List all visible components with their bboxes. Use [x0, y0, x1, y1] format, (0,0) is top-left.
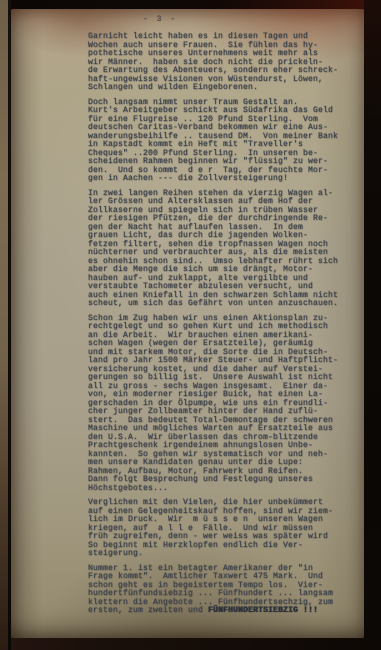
paragraph-action-plan: Schon im Zug haben wir uns einen Aktions… [88, 315, 356, 494]
typewriter-text-block: Garnicht leicht haben es in diesen Tagen… [88, 33, 356, 622]
paragraph-money-sources: Doch langsam nimmt unser Traum Gestalt a… [88, 99, 356, 184]
paragraph-auction-yard: In zwei langen Reihen stehen da vierzig … [88, 190, 356, 309]
document-page: - 3 - Garnicht leicht haben es in diesen… [11, 9, 364, 638]
scan-edge-left-binding [0, 0, 11, 650]
paragraph-bidding: Nummer 1. ist ein betagter Amerikaner de… [88, 565, 356, 616]
scan-edge-bottom [0, 637, 381, 650]
page-number: - 3 - [143, 15, 177, 24]
paragraph-women-worries: Garnicht leicht haben es in diesen Tagen… [88, 33, 356, 93]
scanned-document-photo: - 3 - Garnicht leicht haben es in diesen… [0, 0, 381, 650]
paragraph-pressure: Verglichen mit den Vielen, die hier unbe… [88, 499, 356, 559]
scan-edge-right [364, 0, 381, 650]
paragraph-bidding-emphasis: FÜNFHUNDERTSIEBZIG !!! [208, 606, 318, 615]
